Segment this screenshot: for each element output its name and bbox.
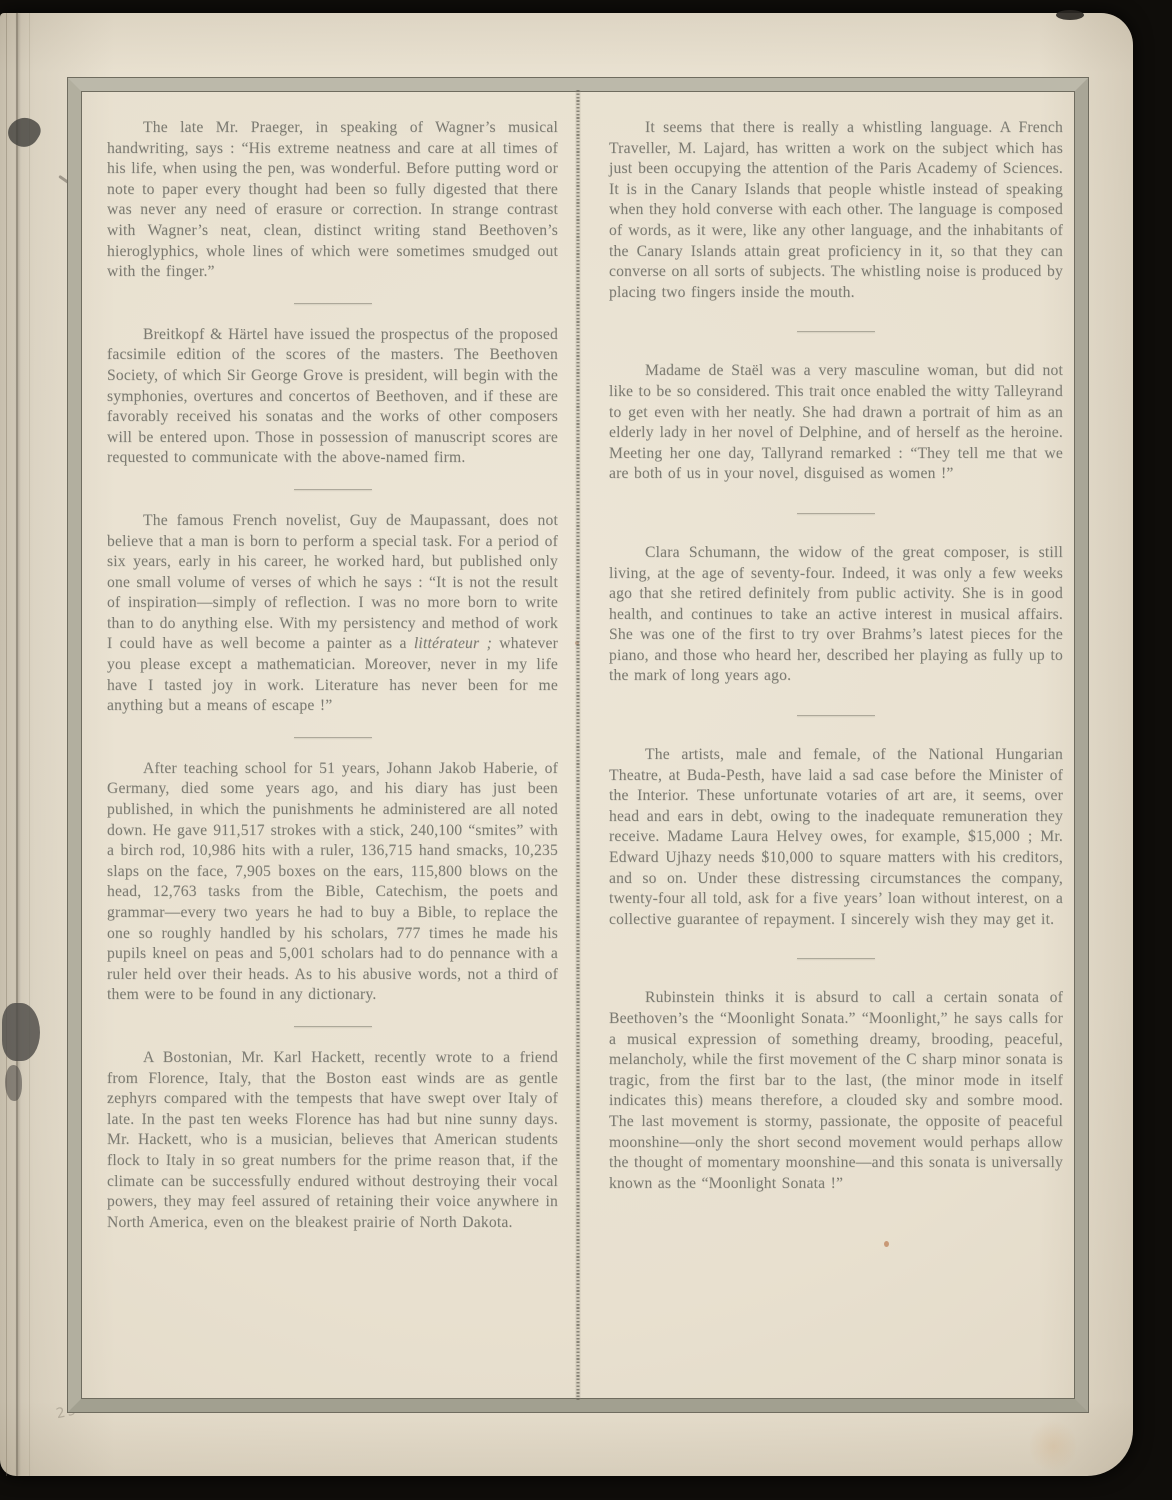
paragraph-separator bbox=[797, 958, 875, 959]
text-column-right: It seems that there is really a whistlin… bbox=[578, 91, 1075, 1399]
paragraph-separator bbox=[797, 513, 875, 514]
paragraph: After teaching school for 51 years, Joha… bbox=[107, 759, 558, 1006]
paragraph-separator bbox=[294, 1026, 372, 1027]
binding-crease bbox=[16, 13, 18, 1476]
paragraph-separator bbox=[294, 303, 372, 304]
binding-stitch-mark bbox=[2, 1003, 40, 1061]
binding-stitch-mark bbox=[5, 1065, 22, 1101]
column-divider-rule bbox=[577, 90, 580, 1400]
binding-crease bbox=[6, 13, 7, 1476]
paragraph: Rubinstein thinks it is absurd to call a… bbox=[609, 988, 1063, 1194]
paragraph: Breitkopf & Härtel have issued the prosp… bbox=[107, 325, 558, 469]
paragraph-separator bbox=[797, 715, 875, 716]
paragraph: Madame de Staël was a very masculine wom… bbox=[609, 361, 1063, 485]
paragraph: A Bostonian, Mr. Karl Hackett, recently … bbox=[107, 1048, 558, 1233]
paragraph: The late Mr. Praeger, in speaking of Wag… bbox=[107, 118, 558, 283]
text-column-left: The late Mr. Praeger, in speaking of Wag… bbox=[81, 91, 578, 1399]
paragraph-separator bbox=[294, 737, 372, 738]
book-page: 254 The late Mr. Praeger, in speaking of… bbox=[0, 13, 1133, 1476]
paragraph: Clara Schumann, the widow of the great c… bbox=[609, 543, 1063, 687]
paragraph: The artists, male and female, of the Nat… bbox=[609, 745, 1063, 930]
scanner-background: 254 The late Mr. Praeger, in speaking of… bbox=[0, 0, 1172, 1500]
page-edge-smudge bbox=[1056, 10, 1084, 20]
paragraph-separator bbox=[797, 331, 875, 332]
decorative-border-frame: The late Mr. Praeger, in speaking of Wag… bbox=[68, 78, 1088, 1412]
binding-crease bbox=[29, 13, 30, 1476]
paragraph: It seems that there is really a whistlin… bbox=[609, 118, 1063, 303]
paper-stain bbox=[1030, 1418, 1076, 1474]
paragraph-separator bbox=[294, 489, 372, 490]
paragraph: The famous French novelist, Guy de Maupa… bbox=[107, 511, 558, 717]
binding-stitch-mark bbox=[3, 111, 44, 152]
